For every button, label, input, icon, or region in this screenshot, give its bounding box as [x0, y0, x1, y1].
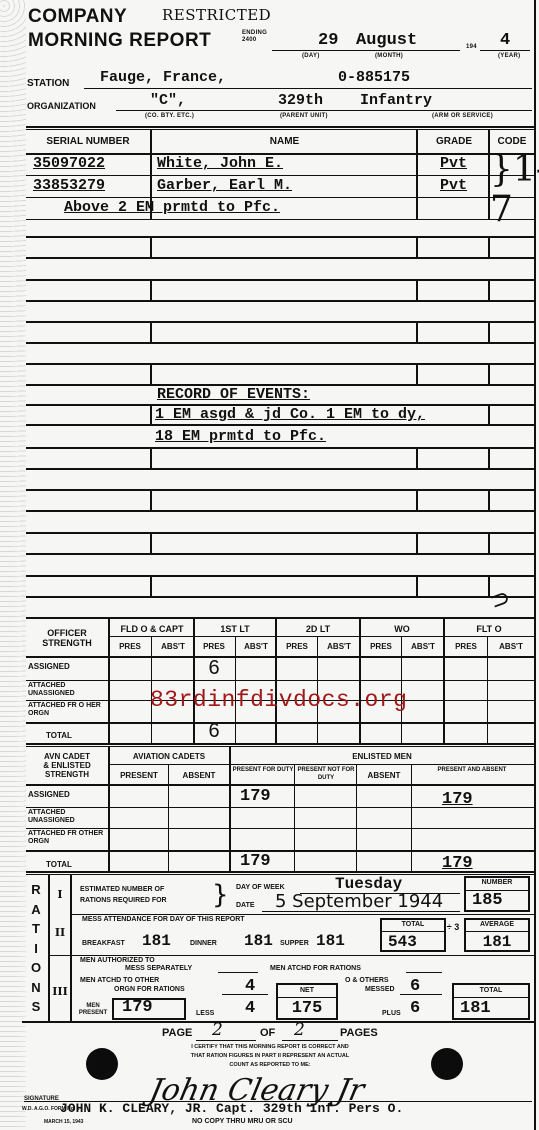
header-code: CODE	[490, 136, 534, 147]
mess-attendance-label: MESS ATTENDANCE FOR DAY OF THIS REPORT	[82, 916, 245, 923]
row-rule	[26, 321, 534, 323]
sub-cadets-present: PRESENT	[110, 771, 168, 780]
rations-letter: S	[26, 997, 46, 1017]
dinner-label: DINNER	[190, 940, 217, 947]
certify-line-2: THAT RATION FIGURES IN PART II REPRESENT…	[140, 1052, 400, 1061]
row-rule	[26, 489, 534, 491]
others-label-2: MESSED	[365, 986, 395, 993]
sub-cadets-absent: ABSENT	[170, 771, 228, 780]
enlisted-row-total: TOTAL	[46, 860, 72, 869]
breakfast-label: BREAKFAST	[82, 940, 125, 947]
section-rule	[26, 617, 534, 619]
name-2: Garber, Earl M.	[157, 177, 292, 194]
officer-group-rule	[108, 636, 534, 637]
men-present-label: MEN PRESENT	[76, 1003, 110, 1017]
officer-assigned-1st-lt-pres: 6	[194, 657, 234, 680]
number-value: 185	[466, 891, 528, 910]
col-rule	[168, 765, 169, 871]
mess-separately-blank	[218, 972, 258, 973]
col-rule	[416, 489, 418, 510]
box-rule	[278, 997, 336, 998]
less-value: 4	[245, 999, 255, 1018]
morning-report-page: COMPANY MORNING REPORT RESTRICTED ENDING…	[0, 0, 539, 1130]
col-rule	[416, 279, 418, 300]
row-rule	[26, 510, 534, 512]
certify-line-3: COUNT AS REPORTED TO ME:	[140, 1061, 400, 1070]
apo-number: 0-885175	[338, 69, 410, 86]
mess-separately-label-1: MEN AUTHORIZED TO	[80, 957, 155, 964]
row-rule	[26, 300, 534, 302]
row-rule	[26, 197, 534, 198]
enlisted-title-1: AVN CADET	[26, 752, 108, 761]
rations-total-value: 181	[460, 999, 491, 1018]
sub-abst: ABS'T	[152, 642, 194, 651]
underline	[196, 1040, 256, 1041]
rations-letter: T	[26, 919, 46, 939]
total-pages: 2	[294, 1020, 305, 1040]
col-rule-serial	[150, 129, 152, 219]
binder-hole-right	[431, 1048, 463, 1080]
col-rule	[70, 875, 72, 1022]
col-rule	[488, 447, 490, 468]
row-rule	[26, 553, 534, 555]
rations-total-label: TOTAL	[454, 987, 528, 994]
officer-bottom-rule	[26, 743, 534, 745]
rations-letter: R	[26, 880, 46, 900]
box-rule	[466, 931, 528, 932]
col-rule	[443, 617, 445, 743]
col-rule	[488, 363, 490, 384]
col-rule	[488, 236, 490, 257]
col-rule	[416, 236, 418, 257]
brace-icon: }	[212, 880, 229, 910]
serial-1: 35097022	[33, 155, 105, 172]
col-rule	[150, 279, 152, 300]
officer-row-attached-fr-other: ATTACHED FR O HER ORGN	[28, 702, 104, 718]
officer-row-attached-unassigned: ATTACHED UNASSIGNED	[28, 682, 104, 698]
classification-stamp: RESTRICTED	[162, 6, 271, 24]
organization-company: "C",	[150, 92, 186, 109]
caption-unit: (PARENT UNIT)	[280, 113, 328, 119]
net-value: 175	[278, 999, 336, 1018]
row-rule	[26, 596, 534, 598]
rations-side-label: R A T I O N S	[26, 880, 46, 1017]
officer-bottom-rule-2	[26, 746, 534, 747]
code-bracket: }1-7	[490, 150, 539, 230]
sub-abst: ABS'T	[236, 642, 276, 651]
date-label: DATE	[236, 902, 255, 909]
mess-total-value: 543	[388, 933, 417, 951]
row-rule	[26, 236, 534, 238]
sub-present-for-duty: PRESENT FOR DUTY	[232, 766, 294, 774]
col-rule	[488, 489, 490, 510]
divide-by-three: ÷ 3	[446, 922, 460, 932]
col-rule	[416, 447, 418, 468]
enlisted-header-rule	[26, 784, 534, 786]
box-rule	[382, 931, 444, 932]
col-rule	[488, 532, 490, 553]
row-rule	[26, 342, 534, 344]
grade-2: Pvt	[440, 177, 467, 194]
copy-note: NO COPY THRU MRU OR SCU	[192, 1118, 293, 1125]
report-day: 29	[318, 31, 338, 50]
record-of-events-title: RECORD OF EVENTS:	[157, 386, 310, 403]
col-rule	[411, 765, 412, 871]
day-caption: (DAY)	[302, 53, 320, 59]
row-rule	[26, 828, 534, 829]
officer-strength-title-1: OFFICER	[26, 628, 108, 638]
row-rule	[26, 447, 534, 449]
row-rule	[26, 532, 534, 534]
col-rule	[150, 236, 152, 257]
serial-2: 33853279	[33, 177, 105, 194]
year-caption: (YEAR)	[498, 53, 520, 59]
sub-present-and-absent: PRESENT AND ABSENT	[412, 766, 532, 774]
form-title-line2: MORNING REPORT	[28, 30, 211, 52]
col-rule	[150, 532, 152, 553]
col-rule	[488, 321, 490, 342]
supper-label: SUPPER	[280, 940, 309, 947]
col-rule	[275, 617, 277, 743]
less-label: LESS	[196, 1010, 214, 1017]
enlisted-bottom-rule-2	[26, 874, 534, 875]
col-rule	[356, 765, 357, 871]
enlisted-bottom-rule	[26, 871, 534, 873]
station-underline	[84, 88, 532, 89]
grade-1: Pvt	[440, 155, 467, 172]
row-rule	[26, 850, 534, 852]
col-rule	[150, 363, 152, 384]
rations-letter: O	[26, 958, 46, 978]
underline	[282, 1040, 338, 1041]
sub-abst: ABS'T	[318, 642, 360, 651]
section-i-label-1: ESTIMATED NUMBER OF	[80, 884, 167, 895]
col-rule	[294, 765, 295, 871]
row-rule	[26, 680, 534, 681]
col-rule	[150, 575, 152, 596]
record-of-events-line-1: 1 EM asgd & jd Co. 1 EM to dy,	[155, 406, 425, 423]
form-date: MARCH 15, 1943	[44, 1119, 83, 1125]
col-rule	[108, 617, 110, 743]
century-prefix: 194	[466, 44, 477, 50]
section-iii-numeral: III	[50, 985, 70, 998]
row-rule	[26, 279, 534, 281]
table-top-rule	[26, 126, 534, 128]
enlisted-row-assigned: ASSIGNED	[28, 790, 70, 799]
rations-letter: A	[26, 900, 46, 920]
row-rule	[26, 363, 534, 365]
section-ii-numeral: II	[50, 926, 70, 939]
report-month: August	[356, 31, 417, 50]
group-wo: WO	[360, 624, 444, 634]
officer-row-total: TOTAL	[46, 731, 72, 740]
plus-value: 6	[410, 999, 420, 1018]
plus-label: PLUS	[382, 1010, 401, 1017]
row-rule	[26, 257, 534, 259]
website-watermark: 83rdinfdivdocs.org	[150, 687, 407, 713]
ration-date-value: 5 September 1944	[275, 891, 443, 912]
average-label: AVERAGE	[466, 921, 528, 928]
signer-name: JOHN K. CLEARY, JR. Capt. 329th Inf. Per…	[60, 1101, 403, 1116]
col-rule	[150, 321, 152, 342]
group-fld-o-capt: FLD O & CAPT	[110, 624, 194, 634]
col-rule	[416, 532, 418, 553]
row-rule	[26, 219, 534, 220]
enlisted-row-attached-unassigned: ATTACHED UNASSIGNED	[28, 809, 104, 825]
record-of-events-line-2: 18 EM prmtd to Pfc.	[155, 428, 326, 445]
caption-company: (CO. BTY. ETC.)	[145, 113, 194, 119]
sub-pres: PRES	[276, 642, 318, 651]
signature-label: SIGNATURE	[24, 1096, 59, 1102]
page-label: PAGE	[162, 1027, 192, 1039]
col-rule-grade	[488, 129, 490, 219]
binder-hole-left	[86, 1048, 118, 1080]
row-rule	[26, 175, 534, 176]
men-present-value: 179	[122, 998, 153, 1017]
sub-pres: PRES	[444, 642, 488, 651]
rations-letter: N	[26, 978, 46, 998]
right-border	[534, 0, 536, 1130]
row-rule	[26, 575, 534, 577]
pages-label: PAGES	[340, 1027, 378, 1039]
col-rule	[193, 617, 195, 743]
col-rule	[150, 404, 152, 425]
col-rule	[416, 321, 418, 342]
average-value: 181	[466, 933, 528, 951]
row-rule	[26, 807, 534, 808]
section-rule	[70, 914, 534, 915]
col-rule	[487, 637, 488, 743]
sub-present-not-for-duty: PRESENT NOT FOR DUTY	[296, 766, 356, 782]
of-label: OF	[260, 1027, 275, 1039]
year-underline	[480, 50, 530, 51]
end-of-entries-mark: ⊃	[486, 582, 514, 615]
mess-total-label: TOTAL	[382, 921, 444, 928]
sub-enlisted-absent: ABSENT	[358, 771, 410, 780]
net-label: NET	[278, 987, 336, 994]
sub-abst: ABS'T	[402, 642, 444, 651]
section-i-label: ESTIMATED NUMBER OF RATIONS REQUIRED FOR	[80, 884, 167, 906]
group-aviation-cadets: AVIATION CADETS	[110, 752, 228, 761]
atchd-for-rations-label: MEN ATCHD FOR RATIONS	[270, 965, 361, 972]
atchd-to-other-label-1: MEN ATCHD TO OTHER	[80, 977, 159, 984]
section-rule	[48, 955, 534, 956]
enlisted-total-present-for-duty: 179	[240, 852, 271, 871]
section-i-numeral: I	[50, 888, 70, 901]
officer-total-1st-lt-pres: 6	[194, 720, 234, 743]
table-top-rule-2	[26, 129, 534, 130]
day-of-week-label: DAY OF WEEK	[236, 884, 285, 891]
report-year: 4	[500, 31, 510, 50]
name-1: White, John E.	[157, 155, 283, 172]
date-underline	[272, 50, 460, 51]
col-rule	[359, 617, 361, 743]
col-rule	[488, 404, 490, 425]
group-enlisted-men: ENLISTED MEN	[230, 752, 534, 761]
organization-unit: 329th	[278, 92, 323, 109]
sub-pres: PRES	[194, 642, 234, 651]
col-rule	[416, 363, 418, 384]
remark-promotion: Above 2 EM prmtd to Pfc.	[64, 199, 280, 216]
enlisted-row-attached-fr-other: ATTACHED FR OTHER ORGN	[28, 830, 104, 846]
page-number: 2	[212, 1020, 223, 1040]
rations-bottom-rule	[22, 1021, 534, 1023]
sub-abst: ABS'T	[488, 642, 534, 651]
certify-line-1: I CERTIFY THAT THIS MORNING REPORT IS CO…	[140, 1043, 400, 1052]
header-grade: GRADE	[418, 136, 490, 147]
row-rule	[26, 722, 534, 724]
enlisted-title-3: STRENGTH	[26, 770, 108, 779]
row-rule	[26, 424, 534, 426]
sub-pres: PRES	[360, 642, 402, 651]
enlisted-title-2: & ENLISTED	[26, 761, 108, 770]
group-2d-lt: 2D LT	[276, 624, 360, 634]
section-i-label-2: RATIONS REQUIRED FOR	[80, 895, 167, 906]
atchd-to-other-label-2: ORGN FOR RATIONS	[114, 986, 185, 993]
underline	[262, 911, 460, 912]
month-caption: (MONTH)	[375, 53, 403, 59]
col-rule-name	[416, 129, 418, 219]
underline	[222, 994, 268, 995]
enlisted-group-rule	[108, 764, 534, 765]
ending-label: ENDING 2400	[242, 30, 270, 44]
enlisted-assigned-present-for-duty: 179	[240, 787, 271, 806]
organization-underline	[116, 110, 532, 111]
others-label-1: O & OTHERS	[345, 977, 389, 984]
box-rule	[454, 997, 528, 998]
underline	[400, 994, 442, 995]
officer-strength-title: OFFICER STRENGTH	[26, 628, 108, 648]
header-name: NAME	[152, 136, 417, 147]
row-rule	[26, 468, 534, 470]
form-id: W.D. A.G.O. FORM No. 1	[22, 1106, 79, 1112]
col-rule	[150, 447, 152, 468]
supper-value: 181	[316, 932, 345, 950]
header-serial-number: SERIAL NUMBER	[26, 136, 150, 147]
station-label: STATION	[27, 78, 69, 89]
group-flt-o: FLT O	[444, 624, 534, 634]
certification-text: I CERTIFY THAT THIS MORNING REPORT IS CO…	[140, 1043, 400, 1070]
rations-letter: I	[26, 939, 46, 959]
col-rule	[229, 746, 231, 871]
atchd-for-rations-blank	[406, 972, 442, 973]
col-rule	[108, 746, 110, 871]
enlisted-strength-title: AVN CADET & ENLISTED STRENGTH	[26, 752, 108, 779]
organization-arm: Infantry	[360, 92, 432, 109]
scan-noise	[0, 0, 26, 1130]
station-value: Fauge, France,	[100, 69, 226, 86]
col-rule	[488, 279, 490, 300]
organization-label: ORGANIZATION	[27, 101, 96, 111]
sub-pres: PRES	[110, 642, 150, 651]
number-label: NUMBER	[466, 879, 528, 886]
mess-separately-label-2: MESS SEPARATELY	[125, 965, 192, 972]
col-rule	[150, 489, 152, 510]
form-title-line1: COMPANY	[28, 6, 127, 28]
caption-arm: (ARM OR SERVICE)	[432, 113, 493, 119]
col-rule	[416, 575, 418, 596]
officer-row-assigned: ASSIGNED	[28, 662, 70, 671]
dinner-value: 181	[244, 932, 273, 950]
breakfast-value: 181	[142, 932, 171, 950]
group-1st-lt: 1ST LT	[194, 624, 276, 634]
officer-header-rule	[26, 656, 534, 658]
officer-strength-title-2: STRENGTH	[26, 638, 108, 648]
